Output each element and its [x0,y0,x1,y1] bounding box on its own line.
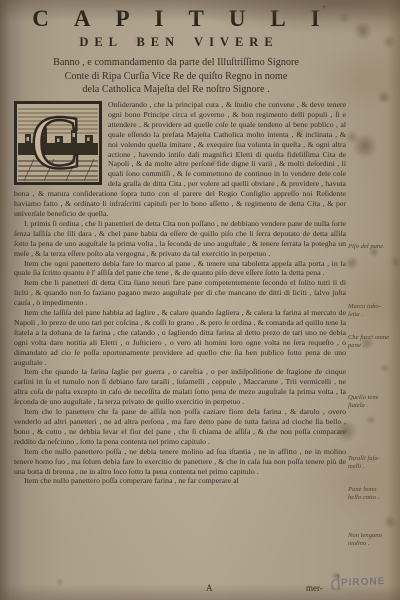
margin-note: Che facci omne pane . [348,334,398,350]
body-paragraph: Item che nullo panettero poſſa , ne debi… [14,447,346,477]
library-stamp: dPIRONE [330,568,386,596]
page-subtitle: DEL BEN VIVERE [0,34,358,50]
footer: A mer- [14,583,346,595]
drop-cap-woodcut-icon: C [14,101,102,185]
body-paragraph: C Onſiderando , che la principal cura , … [14,100,346,219]
stamp-text: PIRONE [341,576,386,589]
margin-note: Non tengano molino . [348,532,398,548]
margin-note: Pane bono bello cotto . [348,486,398,502]
proclamation-line: Banno , e commandamento da parte del Ill… [0,56,352,70]
body-paragraph: Item che laſſiſa del pane habbia ad ſagl… [14,308,346,367]
catchword: mer- [306,583,323,593]
margin-note: Marco tabo- letta . [348,303,398,319]
page-title: CAPITULI [0,6,377,32]
masthead: CAPITULI ’ DEL BEN VIVERE Banno , e comm… [0,6,352,97]
margin-note: Piſo del pane. [348,243,398,251]
body-paragraph: Item che lo panettero che fa pane de aſſ… [14,407,346,447]
gathering-signature: A [206,583,213,593]
body-paragraph: Item che li panetteri di detta Cita ſian… [14,278,346,308]
margin-note: Quello tene ſtatela . [348,394,398,410]
body-paragraph: I. primis ſi ordina , che li panettieri … [14,219,346,259]
body-paragraph: Item che nullo panettero poſſa comperare… [14,476,346,486]
proclamation-line: Conte di Ripa Curſia Vice Re de quiſto R… [0,70,352,84]
body-text-block: C Onſiderando , che la principal cura , … [14,100,346,586]
body-paragraph: Item che ogni panettero debia fare lo ma… [14,259,346,279]
body-paragraph: Item che quando la farina ſaglie per gue… [14,367,346,407]
proclamation-line: dela Catholica Majeſta del Re noſtro Sig… [0,83,352,97]
drop-cap-letter: C [31,101,82,185]
title-ink-mark: ’ [322,2,326,17]
margin-note: Taralli ſuſa- melli . [348,455,398,471]
document-page: CAPITULI ’ DEL BEN VIVERE Banno , e comm… [0,0,400,600]
